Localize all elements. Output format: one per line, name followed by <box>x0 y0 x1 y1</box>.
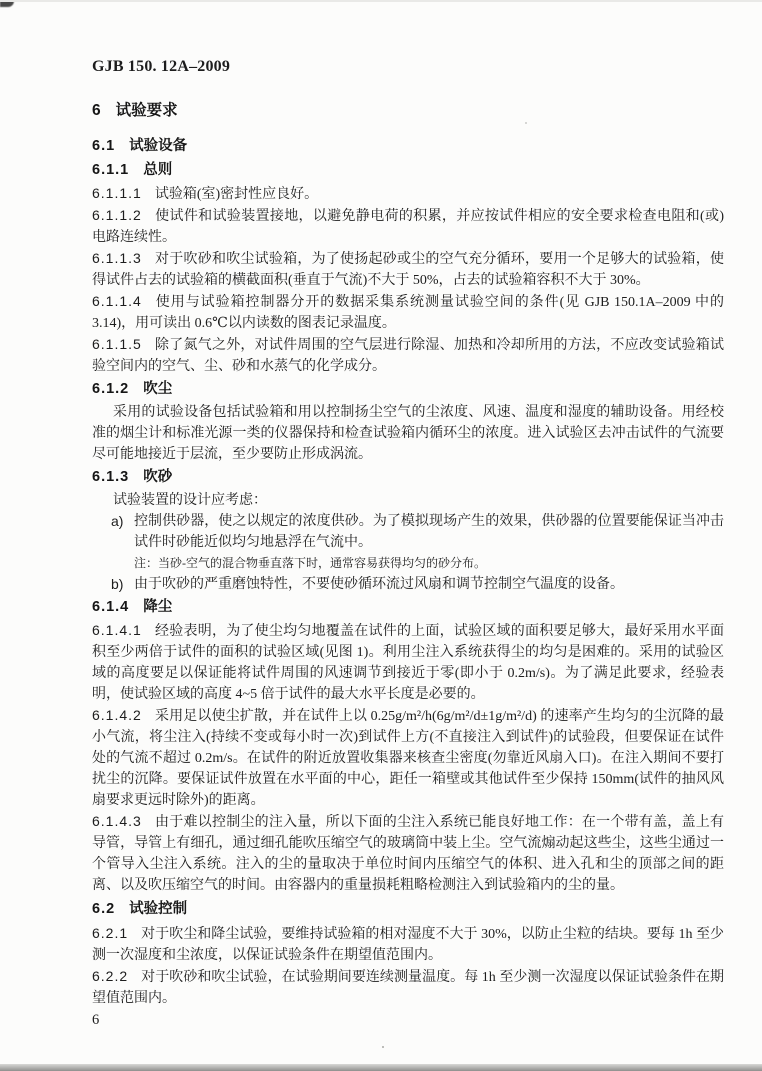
clause-6-1-1-4: 6.1.1.4使用与试验箱控制器分开的数据采集系统测量试验空间的条件(见 GJB… <box>92 291 724 334</box>
heading-number: 6.1 <box>92 138 115 154</box>
clause-text: 对于吹砂和吹尘试验，在试验期间要连续测量温度。每 1h 至少测一次湿度以保证试验… <box>92 970 724 1006</box>
clause-number: 6.1.4.3 <box>92 813 142 829</box>
heading-number: 6.1.3 <box>92 469 129 485</box>
clause-6-1-1-1: 6.1.1.1试验箱(室)密封性应良好。 <box>92 183 724 205</box>
heading-title: 试验设备 <box>129 138 187 154</box>
clause-6-1-1-3: 6.1.1.3对于吹砂和吹尘试验箱，为了使扬起砂或尘的空气充分循环，要用一个足够… <box>92 248 724 291</box>
heading-title: 吹尘 <box>143 381 172 397</box>
page-content: GJB 150. 12A–2009 6试验要求 6.1试验设备 6.1.1总则 … <box>92 58 724 1009</box>
clause-6-1-4-2: 6.1.4.2采用足以使尘扩散，并在试件上以 0.25g/m²/h(6g/m²/… <box>92 705 724 811</box>
clause-6-1-1-5: 6.1.1.5除了氮气之外，对试件周围的空气层进行除湿、加热和冷却所用的方法，不… <box>92 334 724 377</box>
scan-top-edge <box>0 0 762 2</box>
clause-text: 除了氮气之外，对试件周围的空气层进行除湿、加热和冷却所用的方法，不应改变试验箱试… <box>92 338 724 374</box>
list-item-a: a)控制供砂器，使之以规定的浓度供砂。为了模拟现场产生的效果，供砂器的位置要能保… <box>92 511 724 553</box>
note-sand-distribution: 注：当砂-空气的混合物垂直落下时，通常容易获得均匀的砂分布。 <box>92 553 724 574</box>
heading-title: 试验要求 <box>116 102 178 119</box>
clause-text: 试验箱(室)密封性应良好。 <box>155 187 318 202</box>
clause-number: 6.2.1 <box>92 925 128 941</box>
clause-6-1-1-2: 6.1.1.2使试件和试验装置接地，以避免静电荷的积累，并应按试件相应的安全要求… <box>92 205 724 248</box>
heading-title: 吹砂 <box>143 469 172 485</box>
list-item-text: 控制供砂器，使之以规定的浓度供砂。为了模拟现场产生的效果，供砂器的位置要能保证当… <box>134 514 724 550</box>
heading-6-1-4: 6.1.4降尘 <box>92 597 724 618</box>
clause-number: 6.1.1.3 <box>92 250 142 266</box>
heading-6-1-2: 6.1.2吹尘 <box>92 379 724 400</box>
heading-6-1-3: 6.1.3吹砂 <box>92 467 724 488</box>
heading-number: 6.2 <box>92 901 115 917</box>
list-marker: b) <box>111 574 123 595</box>
clause-number: 6.1.1.2 <box>92 207 142 223</box>
heading-number: 6.1.1 <box>92 162 129 178</box>
clause-text: 使用与试验箱控制器分开的数据采集系统测量试验空间的条件(见 GJB 150.1A… <box>92 295 724 331</box>
list-marker: a) <box>111 511 123 532</box>
list-item-b: b)由于吹砂的严重磨蚀特性，不要使砂循环流过风扇和调节控制空气温度的设备。 <box>92 574 724 595</box>
heading-6: 6试验要求 <box>92 100 724 122</box>
clause-number: 6.1.4.1 <box>92 622 142 638</box>
heading-6-1-1: 6.1.1总则 <box>92 160 724 181</box>
scan-speck <box>382 1046 384 1048</box>
heading-6-2: 6.2试验控制 <box>92 899 724 920</box>
paragraph-blowing-dust: 采用的试验设备包括试验箱和用以控制扬尘空气的尘浓度、风速、温度和湿度的辅助设备。… <box>92 402 724 465</box>
heading-number: 6.1.2 <box>92 381 129 397</box>
list-item-text: 由于吹砂的严重磨蚀特性，不要使砂循环流过风扇和调节控制空气温度的设备。 <box>134 577 624 592</box>
page-number: 6 <box>92 1012 99 1029</box>
heading-title: 总则 <box>143 162 172 178</box>
document-code-header: GJB 150. 12A–2009 <box>92 58 724 76</box>
clause-6-1-4-3: 6.1.4.3由于难以控制尘的注入量，所以下面的尘注入系统已能良好地工作：在一个… <box>92 811 724 896</box>
clause-6-2-1: 6.2.1对于吹尘和降尘试验，要维持试验箱的相对湿度不大于 30%，以防止尘粒的… <box>92 923 724 966</box>
clause-text: 经验表明，为了使尘均匀地覆盖在试件的上面，试验区域的面积要足够大，最好采用水平面… <box>92 624 724 702</box>
clause-6-1-4-1: 6.1.4.1经验表明，为了使尘均匀地覆盖在试件的上面，试验区域的面积要足够大，… <box>92 620 724 705</box>
clause-text: 对于吹砂和吹尘试验箱，为了使扬起砂或尘的空气充分循环，要用一个足够大的试验箱，使… <box>92 252 724 288</box>
heading-6-1: 6.1试验设备 <box>92 136 724 157</box>
clause-text: 采用足以使尘扩散，并在试件上以 0.25g/m²/h(6g/m²/d±1g/m²… <box>92 709 724 808</box>
clause-6-2-2: 6.2.2对于吹砂和吹尘试验，在试验期间要连续测量温度。每 1h 至少测一次湿度… <box>92 966 724 1009</box>
clause-number: 6.1.1.1 <box>92 185 142 201</box>
heading-number: 6.1.4 <box>92 599 129 615</box>
clause-text: 由于难以控制尘的注入量，所以下面的尘注入系统已能良好地工作：在一个带有盖，盖上有… <box>92 815 724 893</box>
heading-number: 6 <box>92 102 102 119</box>
heading-title: 降尘 <box>143 599 172 615</box>
clause-text: 对于吹尘和降尘试验，要维持试验箱的相对湿度不大于 30%，以防止尘粒的结块。要每… <box>92 927 724 963</box>
clause-number: 6.1.1.4 <box>92 293 142 309</box>
paragraph-design-considerations: 试验装置的设计应考虑： <box>92 490 724 511</box>
scanned-document-page: GJB 150. 12A–2009 6试验要求 6.1试验设备 6.1.1总则 … <box>0 0 762 1071</box>
scan-bottom-edge <box>0 1064 762 1071</box>
clause-number: 6.1.1.5 <box>92 336 142 352</box>
clause-number: 6.2.2 <box>92 968 128 984</box>
clause-text: 使试件和试验装置接地，以避免静电荷的积累，并应按试件相应的安全要求检查电阻和(或… <box>92 209 724 245</box>
heading-title: 试验控制 <box>129 901 187 917</box>
clause-number: 6.1.4.2 <box>92 707 142 723</box>
